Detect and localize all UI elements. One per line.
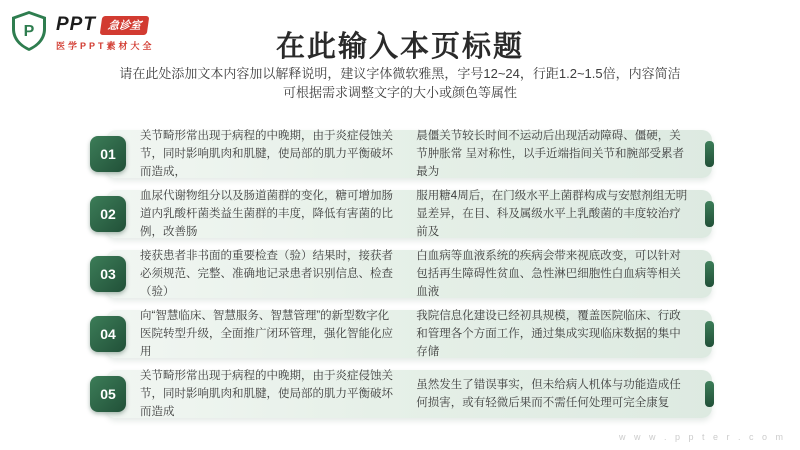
row-right-text: 晨僵关节较长时间不运动后出现活动障碍、僵硬，关节肿胀常 呈对称性，以手近端指间关… bbox=[416, 127, 690, 181]
row-end-accent bbox=[705, 381, 714, 407]
row-number-badge: 02 bbox=[90, 196, 126, 232]
row-left-text: 血尿代谢物组分以及肠道菌群的变化，糖可增加肠道内乳酸杆菌类益生菌群的丰度，降低有… bbox=[140, 187, 394, 241]
row-right-text: 服用糖4周后，在门级水平上菌群构成与安慰剂组无明显差异，在目、科及属级水平上乳酸… bbox=[416, 187, 690, 241]
row-number-badge: 04 bbox=[90, 316, 126, 352]
row-panel: 血尿代谢物组分以及肠道菌群的变化，糖可增加肠道内乳酸杆菌类益生菌群的丰度，降低有… bbox=[106, 190, 712, 238]
row-number-badge: 03 bbox=[90, 256, 126, 292]
row-panel: 关节畸形常出现于病程的中晚期，由于炎症侵蚀关节，同时影响肌肉和肌腱，使局部的肌力… bbox=[106, 370, 712, 418]
row-right-text: 虽然发生了错误事实，但未给病人机体与功能造成任何损害，或有轻微后果而不需任何处理… bbox=[416, 376, 690, 412]
slide: P PPT 急诊室 医学PPT素材大全 在此输入本页标题 请在此处添加文本内容加… bbox=[0, 0, 800, 450]
row-left-text: 接获患者非书面的重要检查（验）结果时，接获者必须规范、完整、准确地记录患者识别信… bbox=[140, 247, 394, 301]
row-panel: 接获患者非书面的重要检查（验）结果时，接获者必须规范、完整、准确地记录患者识别信… bbox=[106, 250, 712, 298]
page-subtitle: 请在此处添加文本内容加以解释说明，建议字体微软雅黑，字号12~24，行距1.2~… bbox=[0, 64, 800, 102]
row-panel: 向“智慧临床、智慧服务、智慧管理”的新型数字化医院转型升级，全面推广闭环管理，强… bbox=[106, 310, 712, 358]
row-left-text: 向“智慧临床、智慧服务、智慧管理”的新型数字化医院转型升级，全面推广闭环管理，强… bbox=[140, 307, 394, 361]
watermark: w w w . p p t e r . c o m bbox=[619, 432, 786, 442]
row-number-badge: 05 bbox=[90, 376, 126, 412]
row-right-text: 白血病等血液系统的疾病会带来视底改变，可以针对包括再生障碍性贫血、急性淋巴细胞性… bbox=[416, 247, 690, 301]
subtitle-line-2: 可根据需求调整文字的大小或颜色等属性 bbox=[0, 83, 800, 102]
row-number-badge: 01 bbox=[90, 136, 126, 172]
list-item-03: 03 接获患者非书面的重要检查（验）结果时，接获者必须规范、完整、准确地记录患者… bbox=[90, 250, 712, 298]
row-end-accent bbox=[705, 261, 714, 287]
content-rows: 01 关节畸形常出现于病程的中晚期，由于炎症侵蚀关节，同时影响肌肉和肌腱，使局部… bbox=[90, 130, 712, 430]
row-end-accent bbox=[705, 321, 714, 347]
subtitle-line-1: 请在此处添加文本内容加以解释说明，建议字体微软雅黑，字号12~24，行距1.2~… bbox=[0, 64, 800, 83]
list-item-02: 02 血尿代谢物组分以及肠道菌群的变化，糖可增加肠道内乳酸杆菌类益生菌群的丰度，… bbox=[90, 190, 712, 238]
list-item-05: 05 关节畸形常出现于病程的中晚期，由于炎症侵蚀关节，同时影响肌肉和肌腱，使局部… bbox=[90, 370, 712, 418]
row-panel: 关节畸形常出现于病程的中晚期，由于炎症侵蚀关节，同时影响肌肉和肌腱，使局部的肌力… bbox=[106, 130, 712, 178]
list-item-04: 04 向“智慧临床、智慧服务、智慧管理”的新型数字化医院转型升级，全面推广闭环管… bbox=[90, 310, 712, 358]
page-title: 在此输入本页标题 bbox=[0, 24, 800, 65]
row-right-text: 我院信息化建设已经初具规模，覆盖医院临床、行政和管理各个方面工作，通过集成实现临… bbox=[416, 307, 690, 361]
row-left-text: 关节畸形常出现于病程的中晚期，由于炎症侵蚀关节，同时影响肌肉和肌腱，使局部的肌力… bbox=[140, 367, 394, 421]
row-end-accent bbox=[705, 141, 714, 167]
list-item-01: 01 关节畸形常出现于病程的中晚期，由于炎症侵蚀关节，同时影响肌肉和肌腱，使局部… bbox=[90, 130, 712, 178]
row-end-accent bbox=[705, 201, 714, 227]
row-left-text: 关节畸形常出现于病程的中晚期，由于炎症侵蚀关节，同时影响肌肉和肌腱，使局部的肌力… bbox=[140, 127, 394, 181]
